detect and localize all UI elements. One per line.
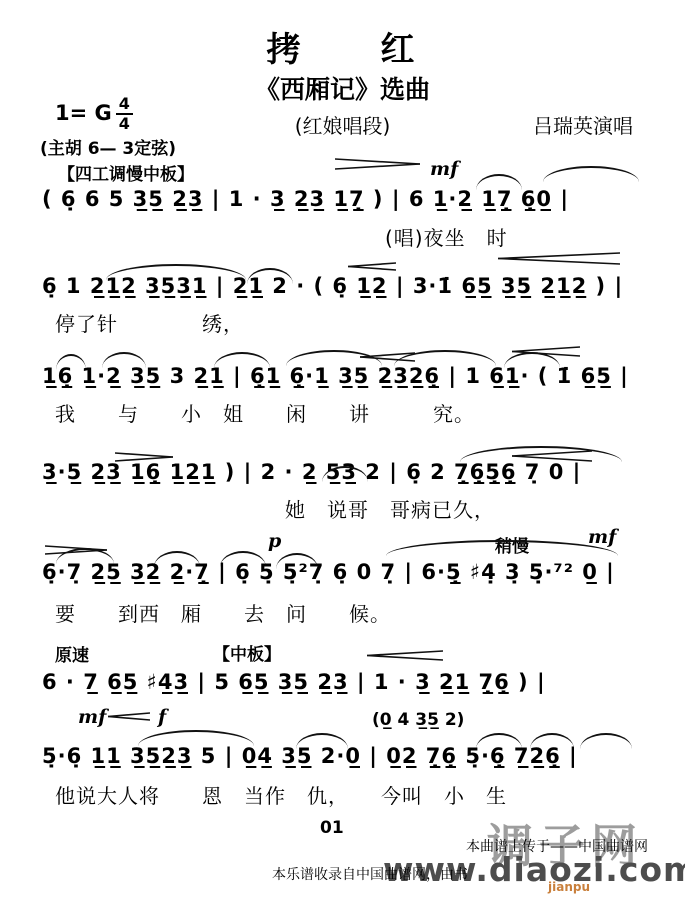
crescendo-hairpin: [498, 252, 620, 265]
slur-arc: [214, 352, 270, 368]
slur-arc: [247, 268, 293, 284]
decrescendo-hairpin: [115, 452, 173, 462]
slur-arc: [386, 540, 618, 556]
sheet-music-page: 拷 红 《西厢记》选曲 1= G44 (红娘唱段) 吕瑞英演唱 (主胡 6— 3…: [0, 0, 685, 898]
slur-arc: [138, 730, 254, 746]
lyrics-line-4: 她 说哥 哥病已久，: [285, 494, 495, 523]
slur-arc: [530, 733, 574, 749]
crescendo-hairpin: [367, 650, 443, 661]
slur-arc: [102, 352, 146, 368]
dynamic-mf-line5: mf: [588, 526, 616, 548]
slur-arc: [543, 166, 639, 182]
dynamic-mf-line7: mf: [78, 706, 106, 728]
slur-arc: [56, 354, 86, 370]
crescendo-hairpin: [512, 450, 592, 462]
grace-notes-annotation: (0̲ 4 3̲5̲ 2): [372, 710, 464, 730]
music-line-4: 3̲·5̲ 2̲3̲ 1̲6̲̣ 1̲2̲1̲ ) | 2 · 2̲ 5̲3̲ …: [42, 458, 581, 487]
tempo-zhongban: 【中板】: [213, 640, 281, 665]
lyrics-line-2: 停了针 绣，: [55, 308, 244, 337]
dynamic-p-line5: p: [268, 530, 281, 552]
music-line-5: 6̣·7̣ 2̲5̲ 3̲2̲ 2̲·7̲̣ | 6̣ 5̣ 5̣²7̣ 6̣ …: [42, 558, 615, 587]
slur-arc: [476, 174, 522, 190]
tuning-note: (主胡 6— 3定弦): [40, 134, 176, 159]
music-line-6: 6 · 7̲ 6̲5̲ ♯4̲3̲ | 5 6̲5̲ 3̲5̲ 2̲3̲ | 1…: [42, 668, 546, 697]
page-number: 01: [320, 818, 344, 838]
slur-arc: [220, 551, 266, 567]
source-note: 本乐谱收录自中国曲谱网，由书: [272, 864, 468, 884]
dynamic-f-line7: f: [158, 706, 166, 728]
slur-arc: [276, 553, 318, 569]
tempo-mark-main: 【四工调慢中板】: [58, 160, 194, 185]
crescendo-hairpin: [348, 262, 396, 271]
slur-arc: [154, 551, 200, 567]
slur-arc: [476, 733, 522, 749]
slur-arc: [106, 264, 246, 280]
lyrics-line-5: 要 到西 厢 去 问 候。: [55, 598, 391, 627]
decrescendo-hairpin: [45, 545, 107, 555]
lyrics-line-3: 我 与 小 姐 闲 讲 究。: [55, 398, 475, 427]
tempo-yuansu: 原速: [55, 641, 89, 666]
lyrics-line-1: (唱)夜坐 时: [385, 222, 508, 251]
song-title: 拷 红: [0, 22, 685, 71]
performer-credit: 吕瑞英演唱: [533, 110, 633, 139]
crescendo-hairpin: [360, 352, 415, 362]
watermark-small-text: jianpu: [548, 880, 590, 894]
lyrics-line-7: 他说大人将 恩 当作 仇， 今叫 小 生: [55, 780, 507, 809]
slur-arc: [296, 733, 348, 749]
decrescendo-hairpin: [335, 158, 420, 170]
crescendo-hairpin: [512, 346, 580, 357]
crescendo-hairpin: [108, 712, 150, 721]
slur-arc: [580, 733, 632, 749]
dynamic-mf-line1: mf: [430, 158, 458, 180]
